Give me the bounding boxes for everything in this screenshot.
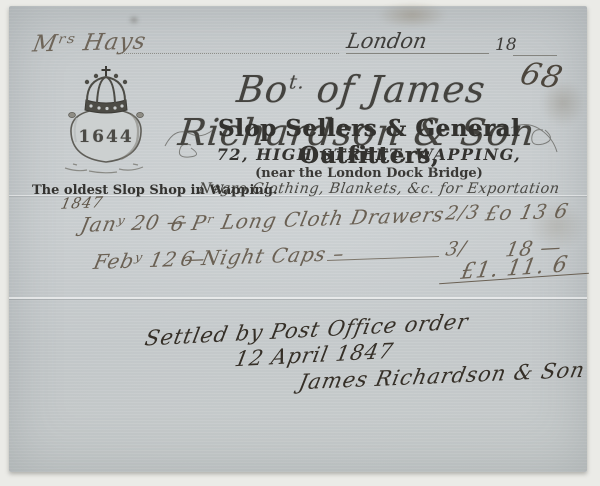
ink-stain [377,2,447,28]
scanned-invoice: Mʳˢ Hays London 18 68 Bot. of James Rich… [0,0,600,486]
entry-amount: £o 13 6 [483,198,571,225]
invoice-paper: Mʳˢ Hays London 18 68 Bot. of James Rich… [9,6,587,472]
printed-year-prefix: 18 [495,35,517,55]
ruled-line [121,53,339,54]
ruled-line [513,55,557,56]
entry-rate: 3/ [444,237,469,260]
ink-stain [129,16,139,24]
street-address: 72, HIGH STREET, WAPPING, [149,145,589,164]
entry-description: 6 Night Caps – [178,241,347,271]
ruled-line [346,53,489,54]
entry-rate: 2/3 [444,201,482,224]
account-year: 1847 [59,193,105,213]
crowned-pot-emblem-icon: 1644 [59,64,153,176]
total-amount: £1. 11. 6 [459,252,570,285]
bought-of-prefix: Bo [235,68,291,111]
emblem-year: 1644 [59,127,153,147]
address-note: (near the London Dock Bridge) [149,166,589,181]
fold-crease [9,297,587,301]
addressee-name: Mʳˢ Hays [31,28,149,57]
entry-description: 6 Pʳ Long Cloth Drawers [169,202,448,236]
place-label: London [345,29,429,53]
